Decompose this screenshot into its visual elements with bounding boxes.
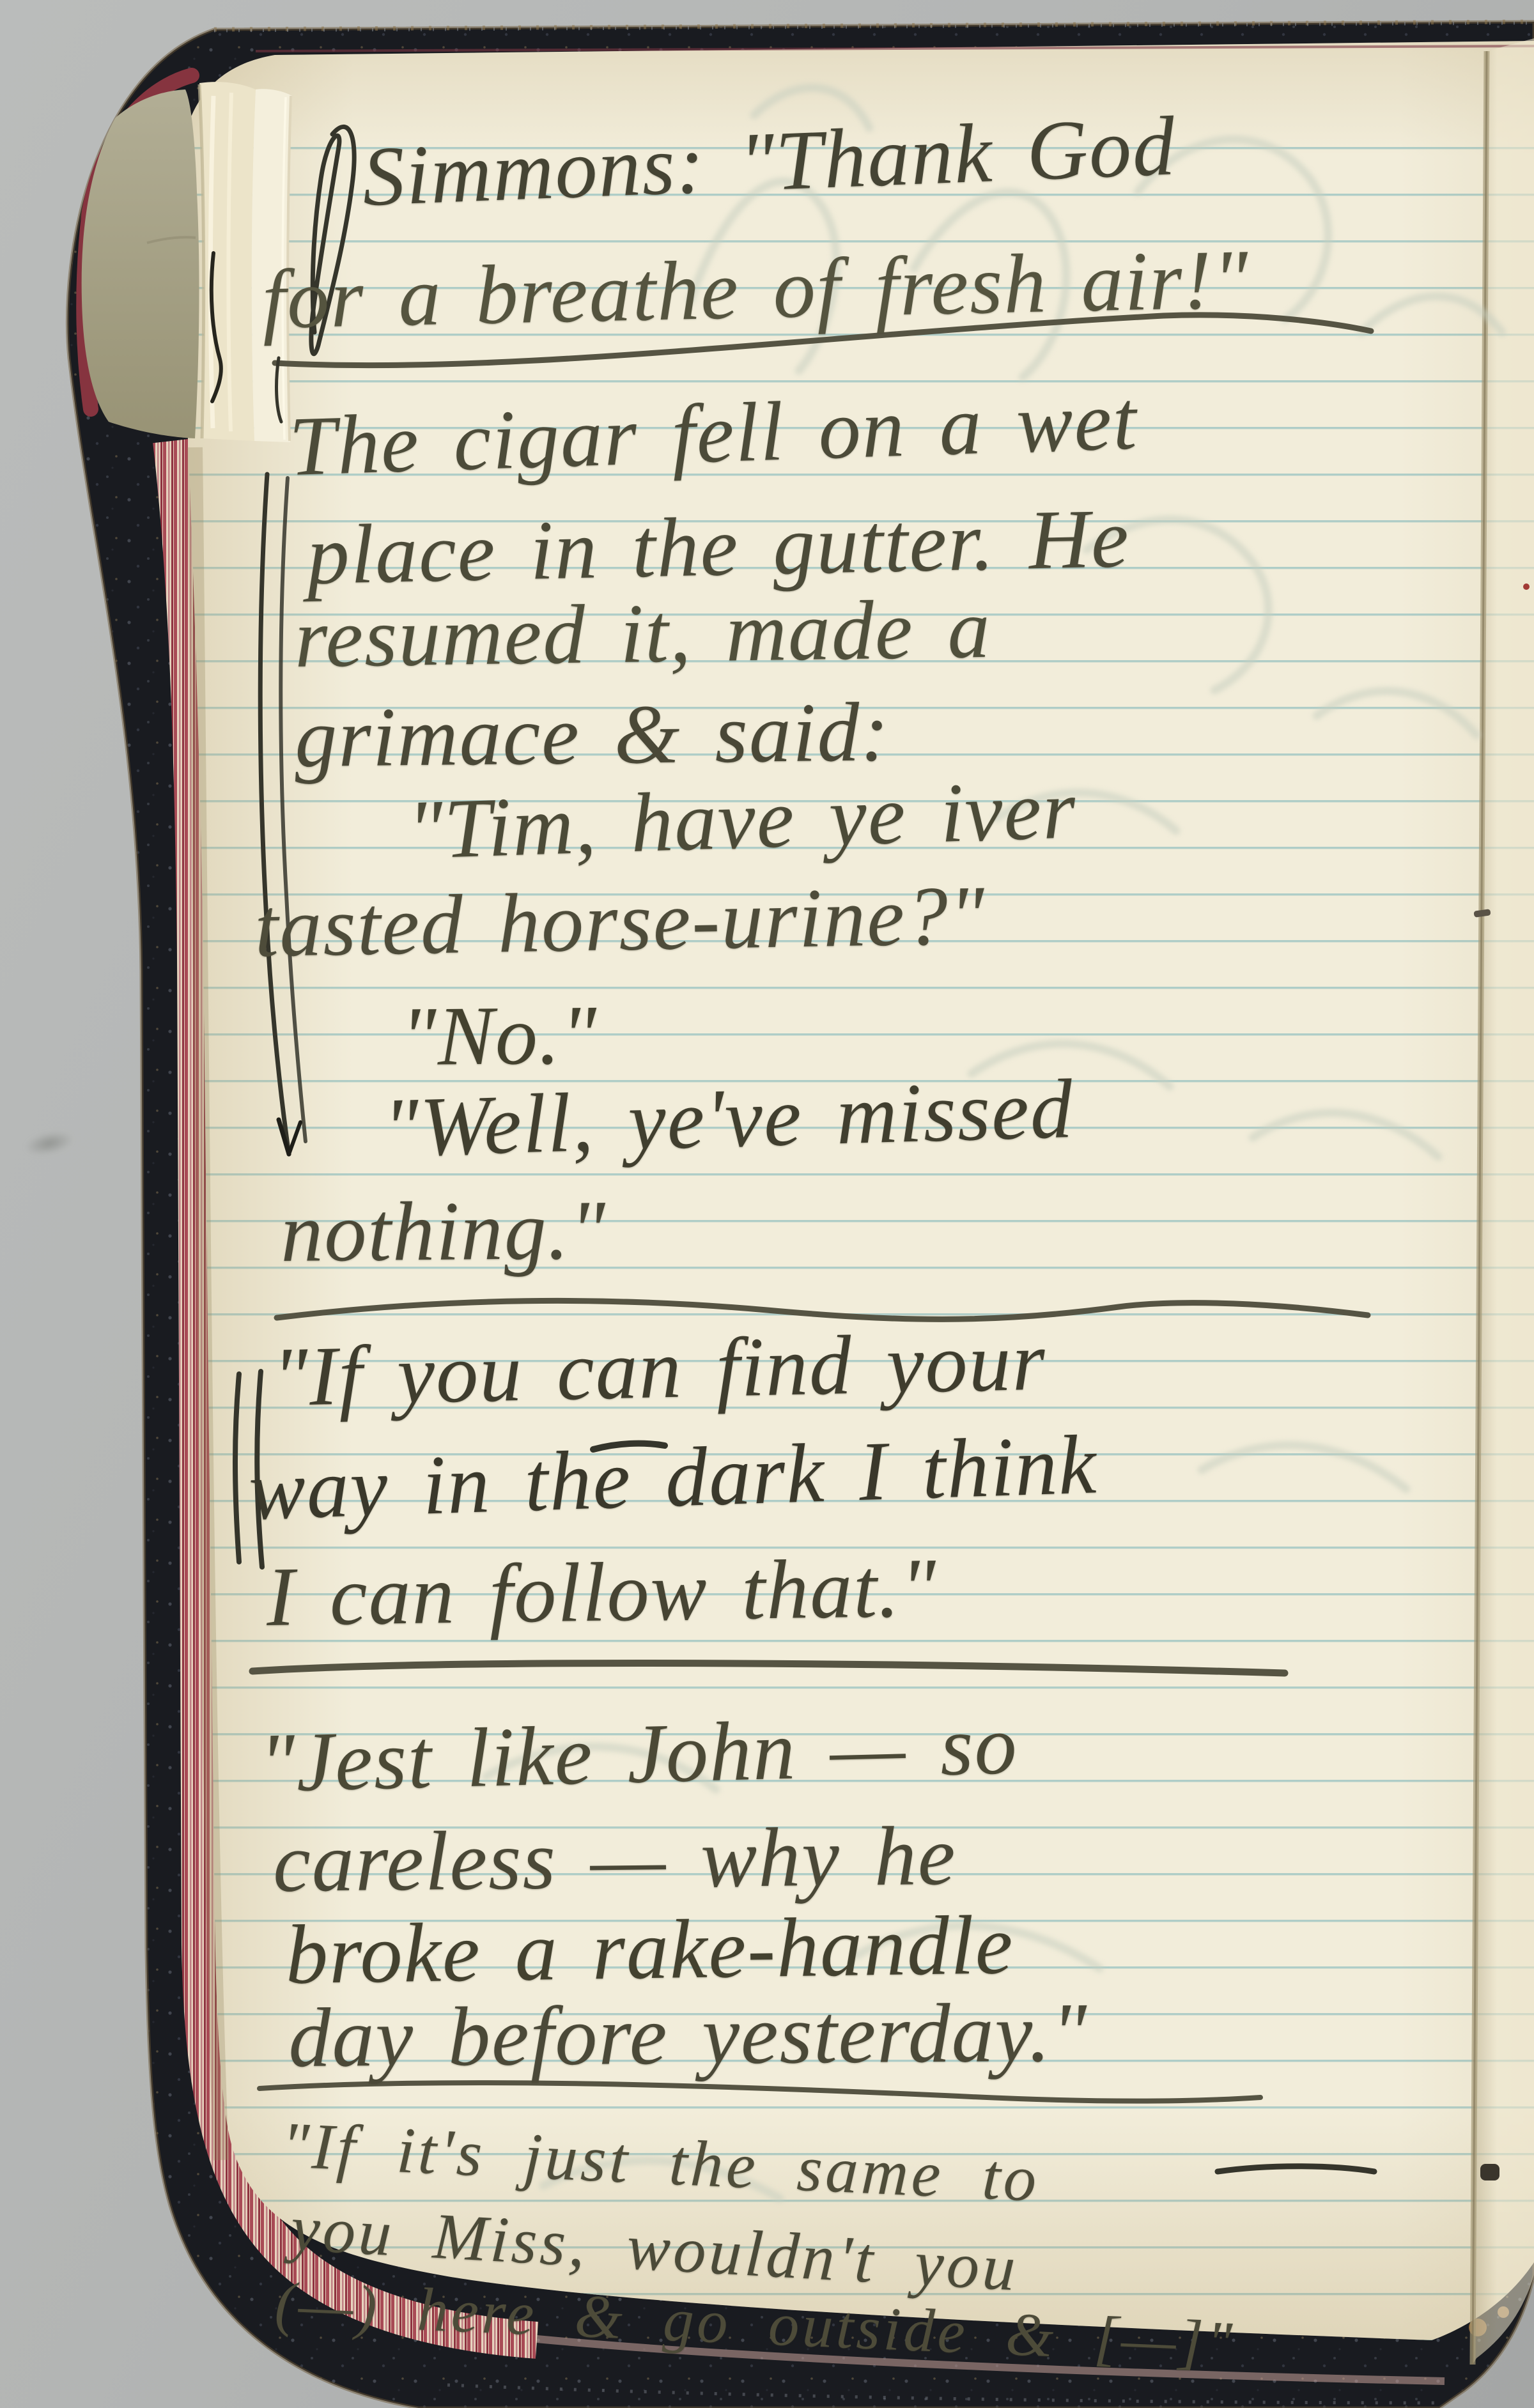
manuscript-line: The cigar fell on a wet bbox=[288, 371, 1139, 495]
manuscript-line: way in the dark I think bbox=[247, 1415, 1099, 1540]
manuscript-line: resumed it, made a bbox=[294, 580, 992, 687]
manuscript-line: Simmons: "Thank God bbox=[360, 96, 1177, 226]
manuscript-line: "Tim, have ye iver bbox=[406, 760, 1078, 879]
manuscript-line: "No." bbox=[401, 985, 598, 1085]
manuscript-line: "Well, ye've missed bbox=[382, 1060, 1075, 1177]
manuscript-line: I can follow that." bbox=[266, 1538, 938, 1646]
manuscript-line: for a breathe of fresh air!" bbox=[261, 230, 1250, 348]
manuscript-text: Simmons: "Thank God for a breathe of fre… bbox=[0, 0, 1534, 2408]
notebook-scan-photo: Simmons: "Thank God for a breathe of fre… bbox=[0, 0, 1534, 2408]
manuscript-line: "Jest like John — so bbox=[258, 1695, 1019, 1812]
manuscript-line: day before yesterday." bbox=[288, 1983, 1089, 2087]
manuscript-line: tasted horse-urine?" bbox=[254, 866, 986, 976]
manuscript-line: "If you can find your bbox=[272, 1312, 1047, 1426]
manuscript-line: nothing." bbox=[281, 1181, 607, 1281]
manuscript-line: careless — why he bbox=[272, 1807, 957, 1911]
